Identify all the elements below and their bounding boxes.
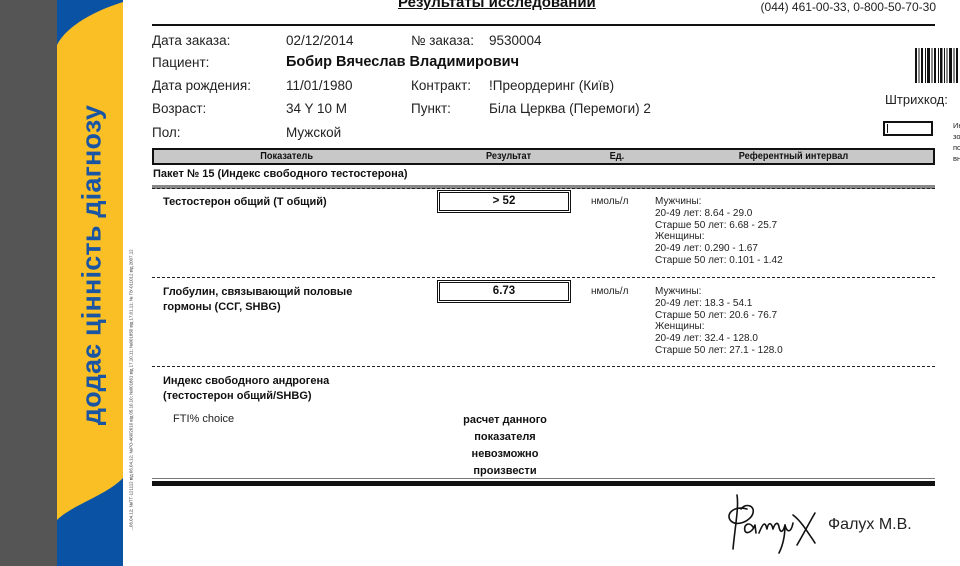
order-date-value: 02/12/2014 — [286, 33, 354, 48]
reference-line: Мужчины: — [655, 286, 783, 298]
column-header-reference: Референтный интервал — [739, 151, 848, 162]
dob-value: 11/01/1980 — [286, 78, 353, 93]
note-line: невозможно — [440, 446, 570, 463]
indicator-label-line: Индикатор зоны — [953, 120, 960, 142]
contact-phones: (044) 461-00-33, 0-800-50-70-30 — [761, 0, 936, 14]
order-date-label: Дата заказа: — [152, 33, 230, 48]
indicator-label-line: повышенного внимания — [953, 142, 960, 164]
order-number-value: 9530004 — [489, 33, 542, 48]
reference-line: Старше 50 лет: 0.101 - 1.42 — [655, 255, 783, 267]
point-value: Біла Церква (Перемоги) 2 — [489, 101, 651, 116]
order-number-label: № заказа: — [411, 33, 474, 48]
header-divider — [152, 24, 935, 26]
barcode-label: Штрихкод: — [885, 92, 948, 107]
attention-indicator-label: Индикатор зоны повышенного внимания — [953, 120, 960, 164]
contract-value: !Преордеринг (Київ) — [489, 78, 614, 93]
license-text: ...06.04.12; №ПТ-121112 від 06.04.12; №Р… — [129, 249, 134, 530]
reference-line: 20-49 лет: 8.64 - 29.0 — [655, 208, 783, 220]
point-label: Пункт: — [411, 101, 451, 116]
test-name-line: (тестостерон общий/SHBG) — [163, 389, 329, 404]
banner-slogan: додає цінність діагнозу — [77, 105, 108, 425]
reference-line: Мужчины: — [655, 196, 783, 208]
results-table-header: Показатель Результат Ед. Референтный инт… — [152, 148, 935, 165]
patient-label: Пациент: — [152, 55, 209, 70]
unit-testosterone: нмоль/л — [591, 196, 628, 207]
note-line: расчет данного — [440, 412, 570, 429]
contract-label: Контракт: — [411, 78, 471, 93]
reference-line: Старше 50 лет: 20.6 - 76.7 — [655, 310, 783, 322]
unit-shbg: нмоль/л — [591, 286, 628, 297]
result-fai-note: расчет данного показателя невозможно про… — [440, 412, 570, 480]
test-name-line: Глобулин, связывающий половые — [163, 285, 352, 300]
test-name-testosterone: Тестостерон общий (Т общий) — [163, 195, 327, 210]
signature-icon — [723, 487, 833, 557]
patient-name: Бобир Вячеслав Владимирович — [286, 54, 519, 70]
result-shbg: 6.73 — [437, 280, 571, 303]
packet-title: Пакет № 15 (Индекс свободного тестостеро… — [153, 168, 408, 180]
dob-label: Дата рождения: — [152, 78, 251, 93]
test-name-line: Тестостерон общий (Т общий) — [163, 195, 327, 210]
result-testosterone: > 52 — [437, 190, 571, 213]
reference-line: 20-49 лет: 18.3 - 54.1 — [655, 298, 783, 310]
sub-test-name: FTI% choice — [173, 413, 234, 425]
row-divider — [152, 277, 935, 278]
reference-line: Старше 50 лет: 27.1 - 128.0 — [655, 345, 783, 357]
reference-line: Женщины: — [655, 231, 783, 243]
sex-label: Пол: — [152, 125, 181, 140]
row-divider — [152, 188, 935, 189]
age-value: 34 Y 10 M — [286, 101, 347, 116]
page-title: Результаты исследований — [398, 0, 596, 11]
reference-line: Старше 50 лет: 6.68 - 25.7 — [655, 220, 783, 232]
column-header-indicator: Показатель — [260, 151, 313, 162]
column-header-unit: Ед. — [610, 151, 625, 162]
sex-value: Мужской — [286, 125, 341, 140]
footer-thin-rule — [152, 478, 935, 479]
test-name-fai: Индекс свободного андрогена (тестостерон… — [163, 374, 329, 404]
footer-thick-rule — [152, 481, 935, 486]
test-name-line: гормоны (ССГ, SHBG) — [163, 300, 352, 315]
age-label: Возраст: — [152, 101, 206, 116]
attention-indicator-box — [883, 121, 933, 136]
note-line: показателя — [440, 429, 570, 446]
row-divider — [152, 366, 935, 367]
reference-shbg: Мужчины: 20-49 лет: 18.3 - 54.1 Старше 5… — [655, 286, 783, 357]
signer-name: Фалух М.В. — [828, 516, 912, 534]
reference-line: 20-49 лет: 32.4 - 128.0 — [655, 333, 783, 345]
reference-line: 20-49 лет: 0.290 - 1.67 — [655, 243, 783, 255]
left-gray-strip — [0, 0, 57, 566]
reference-line: Женщины: — [655, 321, 783, 333]
reference-testosterone: Мужчины: 20-49 лет: 8.64 - 29.0 Старше 5… — [655, 196, 783, 267]
test-name-shbg: Глобулин, связывающий половые гормоны (С… — [163, 285, 352, 315]
barcode-icon — [915, 48, 960, 83]
lab-report: Результаты исследований (044) 461-00-33,… — [140, 0, 960, 566]
column-header-result: Результат — [486, 151, 531, 162]
test-name-line: Индекс свободного андрогена — [163, 374, 329, 389]
